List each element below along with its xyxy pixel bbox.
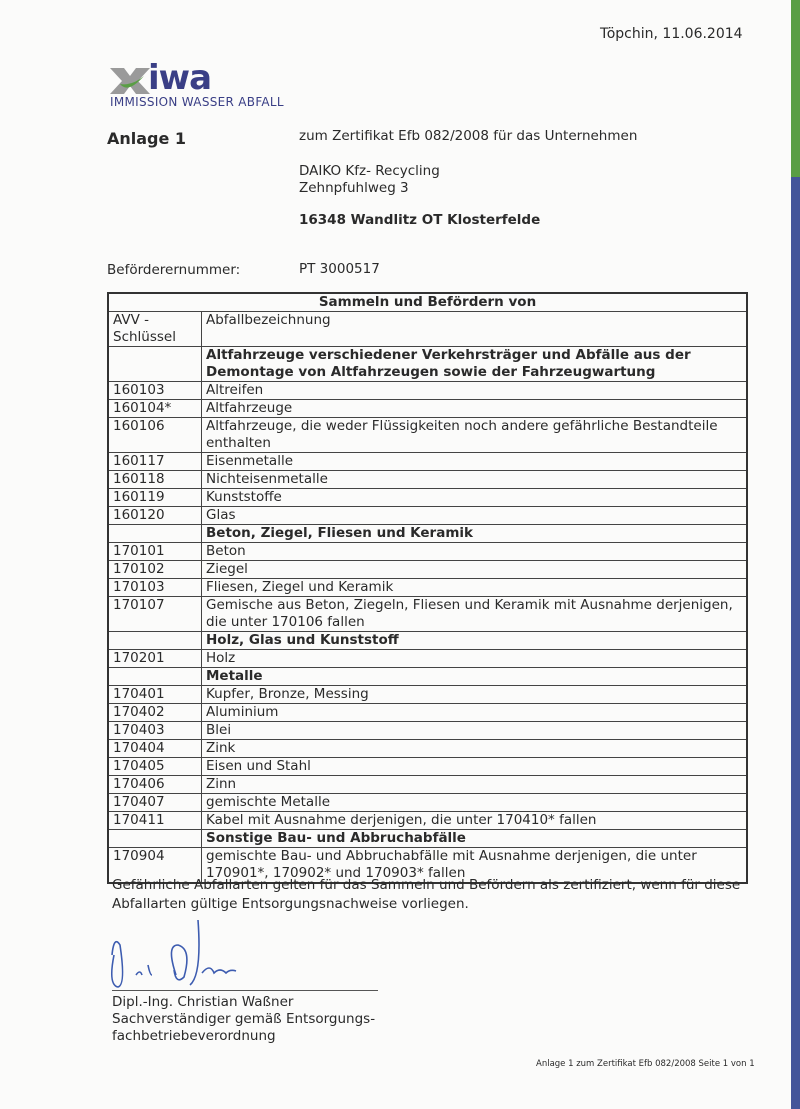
waste-name: Beton, Ziegel, Fliesen und Keramik — [202, 525, 748, 543]
table-row: 170401Kupfer, Bronze, Messing — [108, 686, 747, 704]
avv-code: 170401 — [108, 686, 202, 704]
waste-name: Eisen und Stahl — [202, 758, 748, 776]
table-row: 170102Ziegel — [108, 561, 747, 579]
avv-code: 170411 — [108, 812, 202, 830]
avv-code — [108, 830, 202, 848]
table-row: 170406Zinn — [108, 776, 747, 794]
avv-code: 170201 — [108, 650, 202, 668]
table-row: 170411Kabel mit Ausnahme derjenigen, die… — [108, 812, 747, 830]
signature-icon — [106, 915, 246, 995]
table-row: 160106Altfahrzeuge, die weder Flüssigkei… — [108, 418, 747, 453]
table-title: Sammeln und Befördern von — [108, 293, 747, 312]
avv-code: 170402 — [108, 704, 202, 722]
waste-name: Altfahrzeuge — [202, 400, 748, 418]
waste-name: Glas — [202, 507, 748, 525]
waste-name: Ziegel — [202, 561, 748, 579]
company-street: Zehnpfuhlweg 3 — [299, 180, 440, 197]
table-row: 160118Nichteisenmetalle — [108, 471, 747, 489]
table-row: 170405Eisen und Stahl — [108, 758, 747, 776]
table-row: 160117Eisenmetalle — [108, 453, 747, 471]
befoerderer-label: Beförderernummer: — [107, 262, 240, 278]
waste-name: Metalle — [202, 668, 748, 686]
waste-name: Kabel mit Ausnahme derjenigen, die unter… — [202, 812, 748, 830]
waste-name: Sonstige Bau- und Abbruchabfälle — [202, 830, 748, 848]
avv-code: 160103 — [108, 382, 202, 400]
company-name: DAIKO Kfz- Recycling — [299, 163, 440, 180]
table-row: 170101Beton — [108, 543, 747, 561]
avv-code — [108, 525, 202, 543]
table-section-row: Sonstige Bau- und Abbruchabfälle — [108, 830, 747, 848]
table-section-row: Beton, Ziegel, Fliesen und Keramik — [108, 525, 747, 543]
table-row: 170201Holz — [108, 650, 747, 668]
table-row: 170404Zink — [108, 740, 747, 758]
waste-name: Beton — [202, 543, 748, 561]
waste-name: Kupfer, Bronze, Messing — [202, 686, 748, 704]
signer-block: Dipl.-Ing. Christian Waßner Sachverständ… — [112, 994, 375, 1045]
table-row: 170103Fliesen, Ziegel und Keramik — [108, 579, 747, 597]
avv-code: 170403 — [108, 722, 202, 740]
waste-name: Altreifen — [202, 382, 748, 400]
avv-code: 160118 — [108, 471, 202, 489]
waste-name: Altfahrzeuge, die weder Flüssigkeiten no… — [202, 418, 748, 453]
logo-mark-icon — [110, 68, 150, 94]
logo-subtitle: IMMISSION WASSER ABFALL — [110, 95, 284, 109]
logo-word: iwa — [148, 58, 211, 98]
date-line: Töpchin, 11.06.2014 — [600, 26, 743, 42]
table-row: 170407gemischte Metalle — [108, 794, 747, 812]
avv-code: 170103 — [108, 579, 202, 597]
signature-line — [112, 990, 378, 991]
avv-code: 170101 — [108, 543, 202, 561]
avv-code: 170107 — [108, 597, 202, 632]
waste-name: Gemische aus Beton, Ziegeln, Fliesen und… — [202, 597, 748, 632]
header-code: AVV - Schlüssel — [108, 312, 202, 347]
avv-code: 170404 — [108, 740, 202, 758]
signer-name: Dipl.-Ing. Christian Waßner — [112, 994, 375, 1011]
waste-name: Zink — [202, 740, 748, 758]
table-row: 170107Gemische aus Beton, Ziegeln, Flies… — [108, 597, 747, 632]
table-row: 160103Altreifen — [108, 382, 747, 400]
waste-name: Holz — [202, 650, 748, 668]
avv-code: 160106 — [108, 418, 202, 453]
table-row: 160104*Altfahrzeuge — [108, 400, 747, 418]
waste-table: Sammeln und Befördern von AVV - Schlüsse… — [107, 292, 748, 884]
waste-name: Zinn — [202, 776, 748, 794]
waste-name: Nichteisenmetalle — [202, 471, 748, 489]
waste-name: Blei — [202, 722, 748, 740]
avv-code — [108, 347, 202, 382]
avv-code — [108, 668, 202, 686]
company-city: 16348 Wandlitz OT Klosterfelde — [299, 212, 540, 228]
avv-code — [108, 632, 202, 650]
header-name: Abfallbezeichnung — [202, 312, 748, 347]
waste-name: Altfahrzeuge verschiedener Verkehrsträge… — [202, 347, 748, 382]
table-row: 160120Glas — [108, 507, 747, 525]
signer-role-1: Sachverständiger gemäß Entsorgungs- — [112, 1011, 375, 1028]
brand-bar-blue — [791, 177, 800, 1109]
waste-name: Aluminium — [202, 704, 748, 722]
hazard-note: Gefährliche Abfallarten gelten für das S… — [112, 876, 762, 914]
table-row: 160119Kunststoffe — [108, 489, 747, 507]
page-footer: Anlage 1 zum Zertifikat Efb 082/2008 Sei… — [536, 1059, 755, 1069]
avv-code: 170406 — [108, 776, 202, 794]
waste-name: Kunststoffe — [202, 489, 748, 507]
brand-bar-green — [791, 0, 800, 177]
table-row: 170402Aluminium — [108, 704, 747, 722]
table-section-row: Holz, Glas und Kunststoff — [108, 632, 747, 650]
anlage-title: Anlage 1 — [107, 129, 186, 148]
table-section-row: Altfahrzeuge verschiedener Verkehrsträge… — [108, 347, 747, 382]
company-address: DAIKO Kfz- Recycling Zehnpfuhlweg 3 — [299, 163, 440, 197]
waste-name: gemischte Metalle — [202, 794, 748, 812]
waste-name: Holz, Glas und Kunststoff — [202, 632, 748, 650]
avv-code: 170407 — [108, 794, 202, 812]
table-section-row: Metalle — [108, 668, 747, 686]
avv-code: 160120 — [108, 507, 202, 525]
waste-name: Eisenmetalle — [202, 453, 748, 471]
table-row: 170403Blei — [108, 722, 747, 740]
signer-role-2: fachbetriebeverordnung — [112, 1028, 375, 1045]
avv-code: 160117 — [108, 453, 202, 471]
avv-code: 160119 — [108, 489, 202, 507]
avv-code: 170102 — [108, 561, 202, 579]
befoerderer-value: PT 3000517 — [299, 261, 380, 277]
waste-name: Fliesen, Ziegel und Keramik — [202, 579, 748, 597]
avv-code: 160104* — [108, 400, 202, 418]
avv-code: 170405 — [108, 758, 202, 776]
intro-text: zum Zertifikat Efb 082/2008 für das Unte… — [299, 128, 637, 144]
